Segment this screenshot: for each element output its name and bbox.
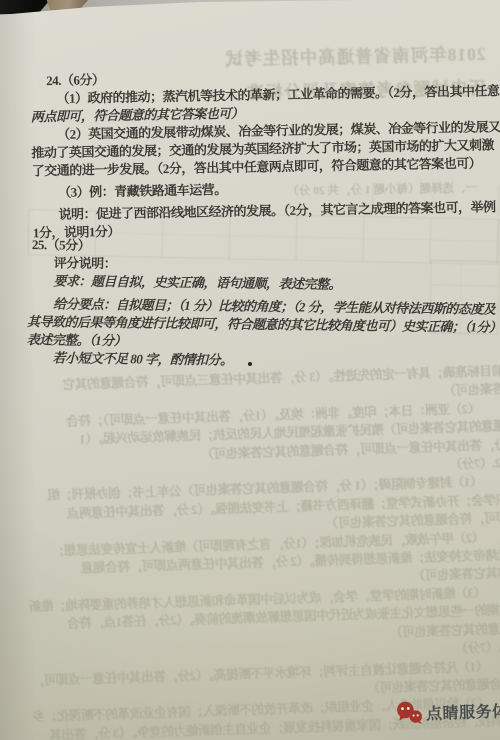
answer-section-24: 24.（6分）（1）政府的推动；蒸汽机等技术的革新；工业革命的需要。（2分，答出… — [30, 64, 500, 242]
wechat-bubbles-icon — [396, 700, 424, 726]
photo-of-answer-key: 2018年河南省普通高中招生考试历史试题参考答案及评分标准 一、选择题（每小题 … — [0, 0, 500, 740]
answer-section-25: 25.（5分）评分说明：要求：题目自拟，史实正确，语句通顺，表述完整。给分要点：… — [26, 236, 500, 373]
ghost-text-block: 前目标准确；具有一定的先进性。（3 分，答出其中任意三点即可，符合题意的其它答案… — [0, 362, 500, 740]
answer-text-line: （3）例：青藏铁路通车运营。 — [32, 176, 500, 202]
watermark: 点睛服务体系 — [396, 697, 500, 726]
watermark-label: 点睛服务体系 — [426, 698, 500, 724]
ink-dot — [248, 362, 252, 366]
